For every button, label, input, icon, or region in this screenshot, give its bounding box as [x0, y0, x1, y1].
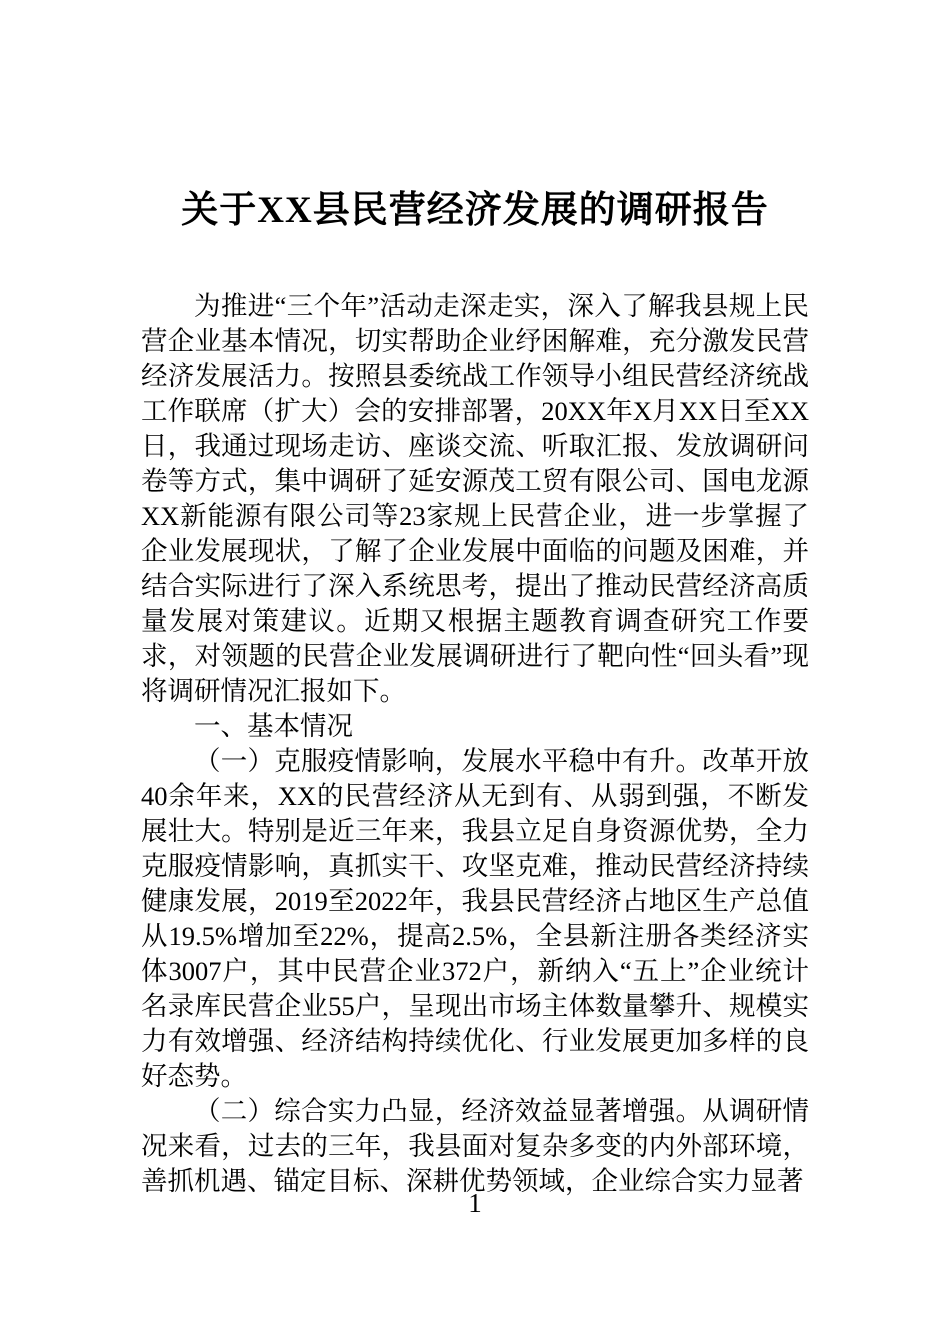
document-page: 关于XX县民营经济发展的调研报告 为推进“三个年”活动走深走实，深入了解我县规上…: [0, 0, 950, 1344]
paragraph: 为推进“三个年”活动走深走实，深入了解我县规上民营企业基本情况，切实帮助企业纾困…: [141, 289, 809, 709]
document-body: 为推进“三个年”活动走深走实，深入了解我县规上民营企业基本情况，切实帮助企业纾困…: [141, 289, 809, 1199]
paragraph: （一）克服疫情影响，发展水平稳中有升。改革开放40余年来，XX的民营经济从无到有…: [141, 744, 809, 1094]
page-number: 1: [0, 1188, 950, 1218]
document-title: 关于XX县民营经济发展的调研报告: [0, 25, 950, 235]
paragraph: （二）综合实力凸显，经济效益显著增强。从调研情况来看，过去的三年，我县面对复杂多…: [141, 1094, 809, 1199]
section-heading: 一、基本情况: [141, 709, 809, 744]
